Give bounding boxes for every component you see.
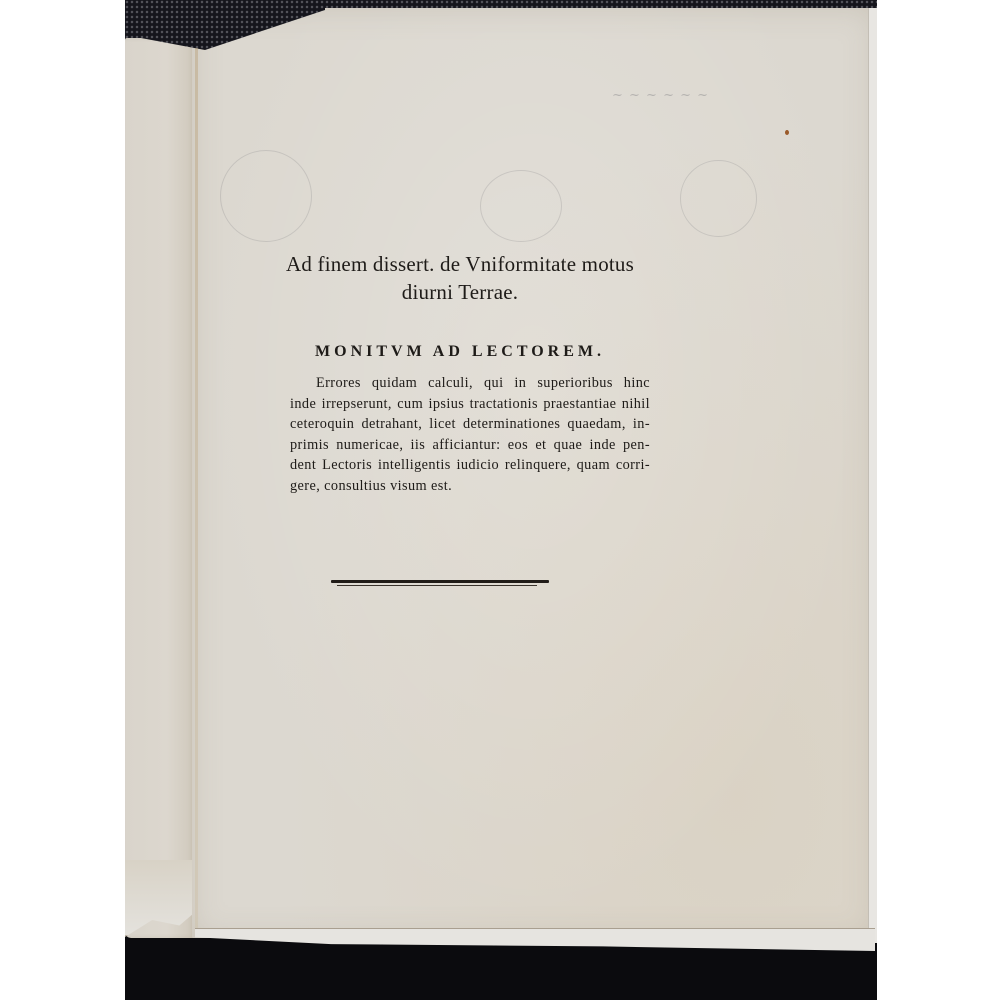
body-line: dent Lectoris intelligentis iudicio reli… — [290, 455, 650, 476]
body-line: primis numericae, iis afficiantur: eos e… — [290, 435, 650, 456]
bleed-through-handwriting: ~ ~ ~ ~ ~ ~ — [612, 88, 709, 103]
title-line-2: diurni Terrae. — [230, 280, 690, 305]
left-leaf — [125, 38, 195, 938]
body-line: ceteroquin detrahant, licet determinatio… — [290, 414, 650, 435]
body-paragraph: Errores quidam calculi, qui in superiori… — [290, 373, 650, 496]
bleed-through-diagram — [680, 160, 757, 237]
body-line: gere, consultius visum est. — [290, 476, 650, 497]
double-rule-divider — [331, 580, 549, 586]
title-line-1: Ad finem dissert. de Vniformitate motus — [230, 252, 690, 277]
section-heading: MONITVM AD LECTOREM. — [230, 343, 690, 361]
body-line: inde irrepserunt, cum ipsius tractationi… — [290, 394, 650, 415]
bleed-through-diagram — [480, 170, 562, 242]
body-line: Errores quidam calculi, qui in superiori… — [290, 373, 650, 394]
bleed-through-diagram — [220, 150, 312, 242]
page-right-edge — [868, 8, 877, 943]
foxing-spot — [785, 130, 789, 135]
page-gutter — [195, 48, 198, 928]
rule-thin-line — [337, 585, 537, 586]
photo-scene: ~ ~ ~ ~ ~ ~ Ad finem dissert. de Vniform… — [0, 0, 1000, 1000]
rule-thick-line — [331, 580, 549, 583]
